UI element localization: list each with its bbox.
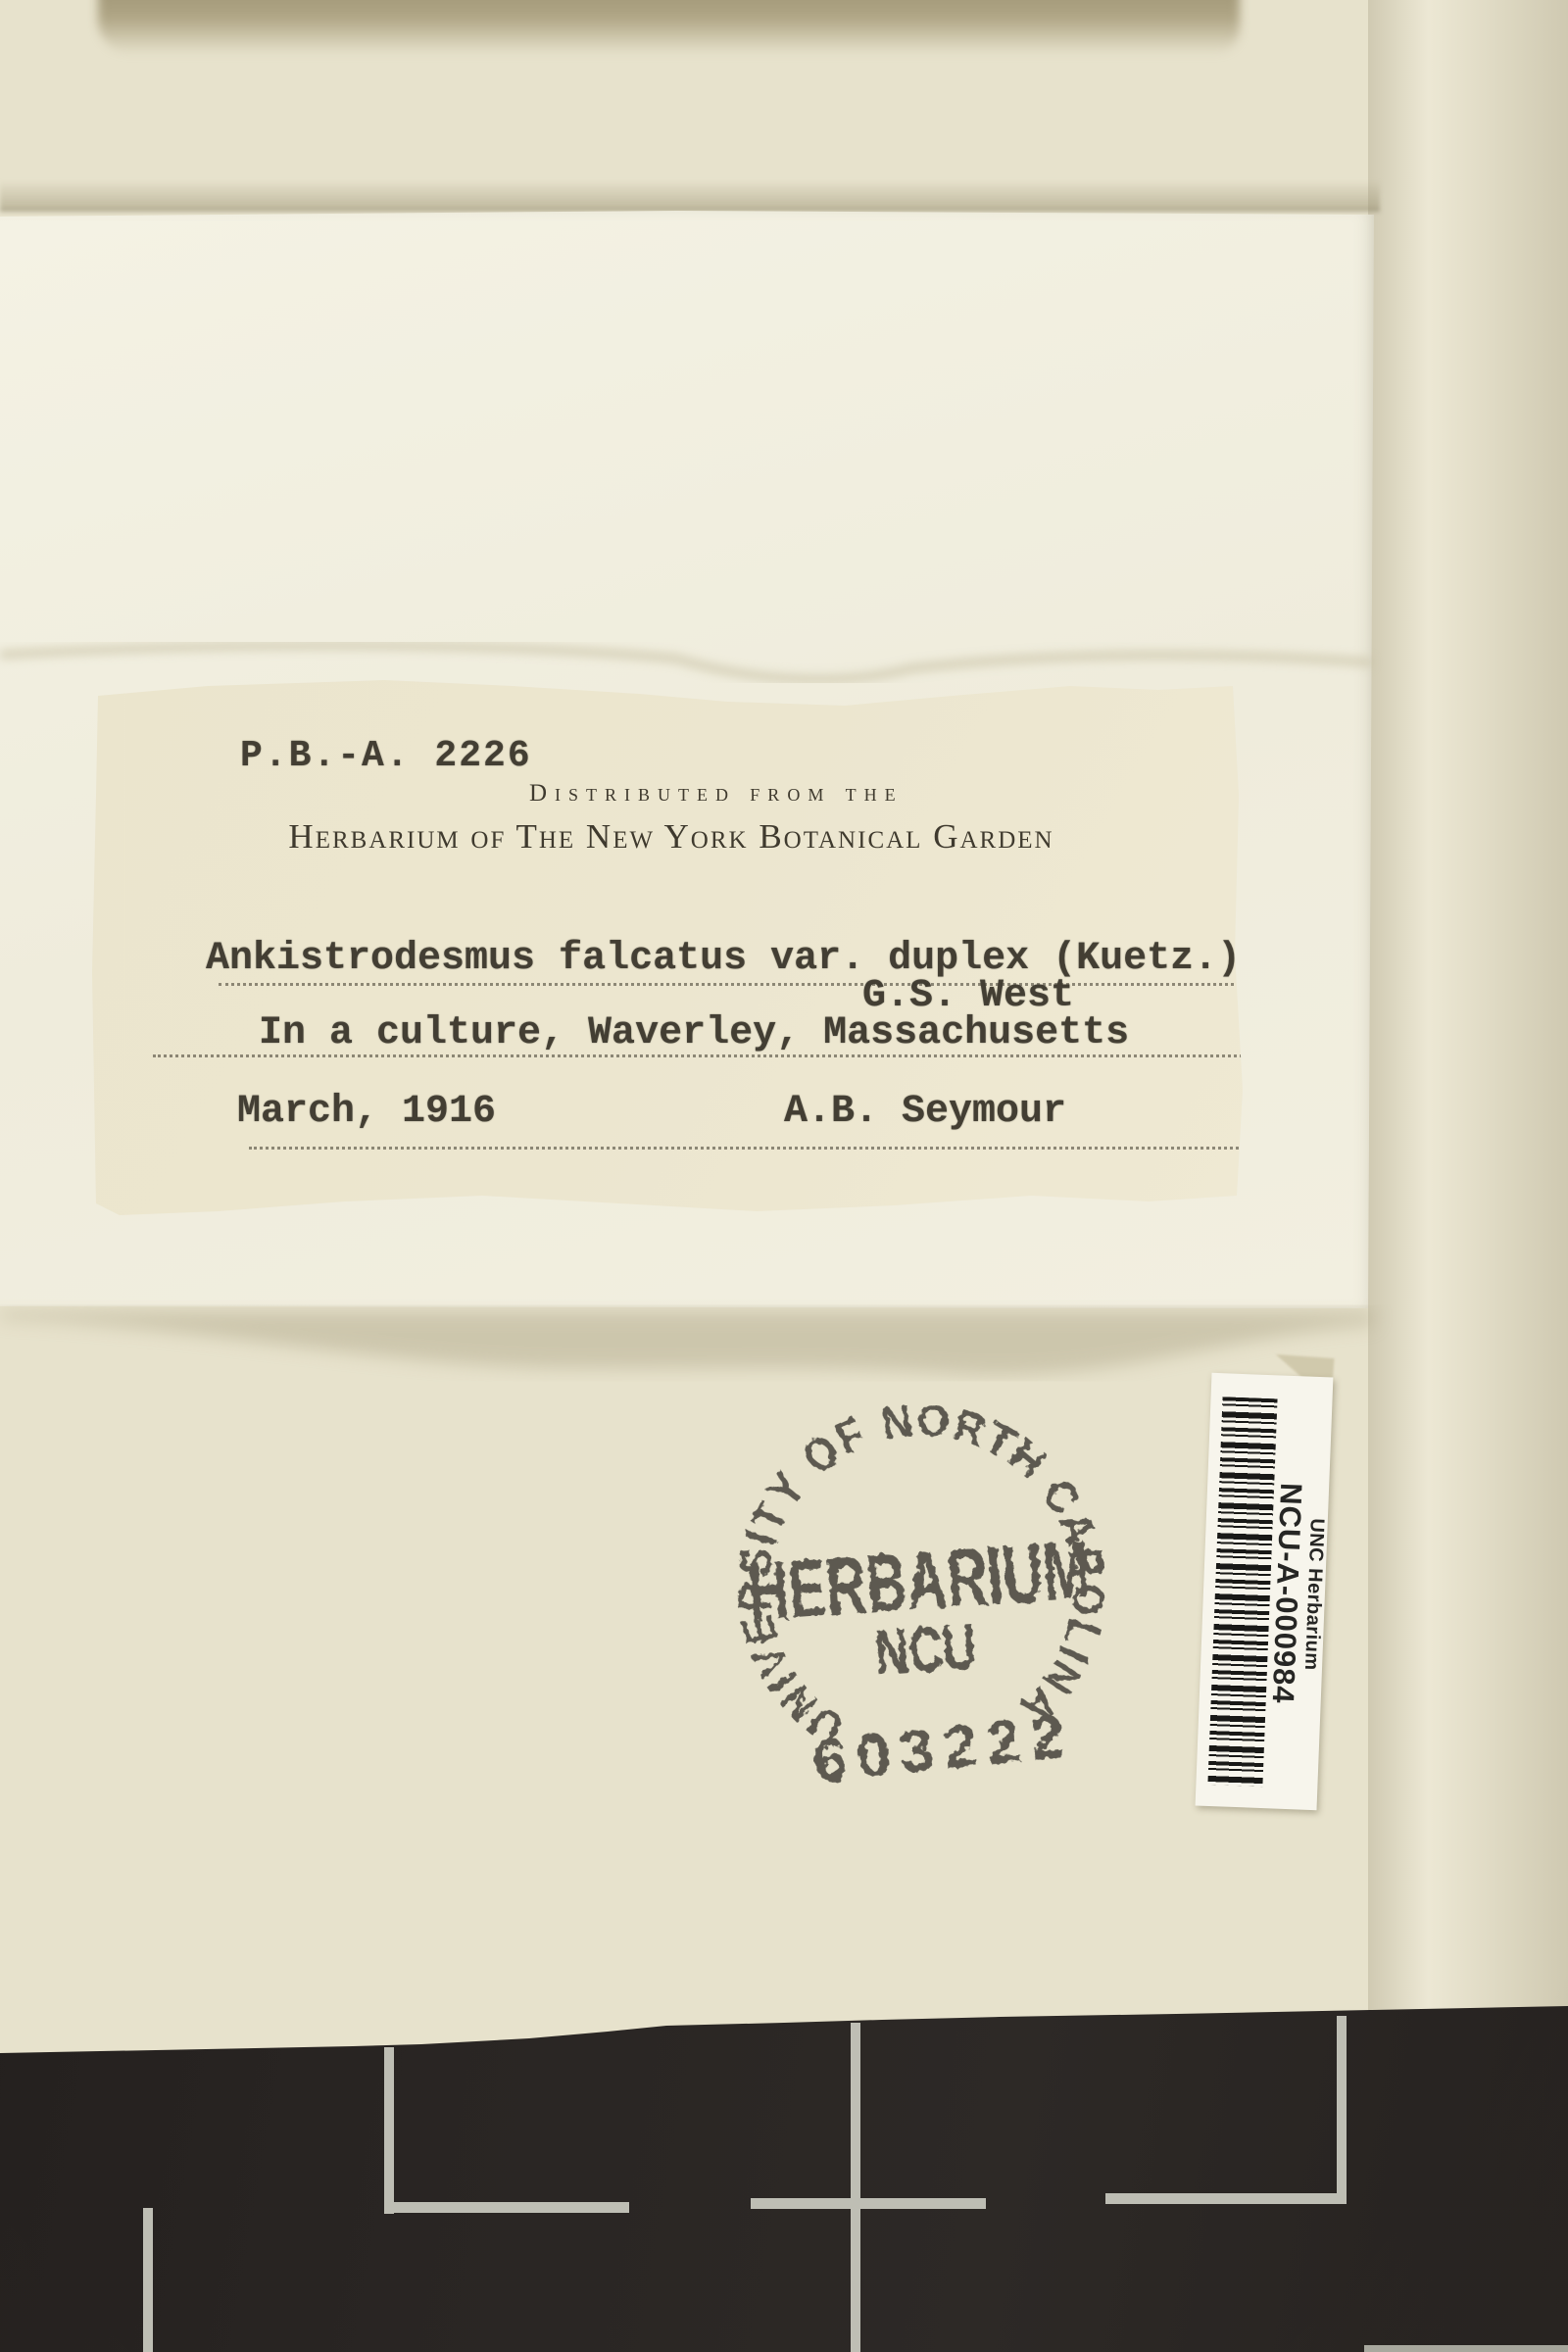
dotted-rule-date xyxy=(249,1147,1274,1150)
sheet-right-edge-shading xyxy=(1368,0,1568,2048)
stamp-ring-text: UNIVERSITY OF NORTH CAROLINA xyxy=(714,1381,1125,1761)
stamp-herbarium-text: HERBARIUM xyxy=(745,1524,1093,1640)
scale-mark-corner1-vertical xyxy=(384,2047,394,2214)
distributed-from-text: Distributed from the xyxy=(529,780,904,808)
scale-mark-corner1-horizontal xyxy=(384,2202,629,2213)
scale-mark-corner2-vertical xyxy=(1337,2016,1347,2204)
svg-text:UNIVERSITY OF NORTH CAROLINA: UNIVERSITY OF NORTH CAROLINA xyxy=(714,1381,1125,1761)
stamp-number: 603222 xyxy=(809,1701,1077,1796)
locality-line: In a culture, Waverley, Massachusetts xyxy=(259,1011,1129,1055)
label-code: P.B.-A. 2226 xyxy=(240,735,532,777)
species-line: Ankistrodesmus falcatus var. duplex (Kue… xyxy=(206,937,1241,981)
envelope-bottom-shadow xyxy=(0,1311,1374,1375)
dotted-rule-species xyxy=(219,983,1264,986)
scale-mark-vertical-left xyxy=(143,2208,153,2352)
stamp-ncu-text: NCU xyxy=(873,1611,979,1690)
specimen-label: P.B.-A. 2226 Distributed from the Herbar… xyxy=(90,678,1245,1219)
herbarium-sheet-photo: UNIVERSITY OF NORTH CAROLINA HERBARIUM N… xyxy=(0,0,1568,2352)
unc-stamp: UNIVERSITY OF NORTH CAROLINA HERBARIUM N… xyxy=(714,1381,1128,1801)
top-shadow-band xyxy=(98,0,1240,55)
dotted-rule-locality xyxy=(153,1054,1266,1057)
scale-mark-bottom-right-sliver xyxy=(1364,2345,1568,2352)
institution-text: Herbarium of The New York Botanical Gard… xyxy=(103,817,1240,857)
date-text: March, 1916 xyxy=(237,1090,496,1134)
envelope-top-shadow xyxy=(0,180,1380,212)
scale-mark-cross-vertical xyxy=(851,2023,860,2352)
collector-text: A.B. Seymour xyxy=(784,1090,1066,1134)
barcode-label: UNC Herbarium NCU-A-000984 xyxy=(1196,1373,1334,1810)
scale-mark-corner2-horizontal xyxy=(1105,2193,1347,2204)
scale-mark-cross-horizontal xyxy=(751,2198,986,2209)
